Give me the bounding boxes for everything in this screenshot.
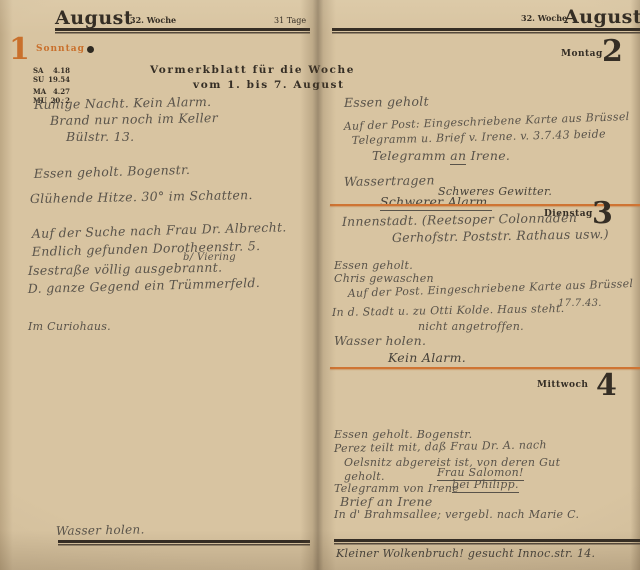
note-line-footer: Kleiner Wolkenbruch! gesucht Innoc.str. … [336, 547, 595, 560]
note-line-kein-alarm: Kein Alarm. [388, 350, 466, 365]
day-number-1: 1 [9, 36, 30, 64]
moonrise-row: MA 4.27 [33, 87, 70, 96]
telegram-pre: Telegramm [372, 148, 450, 163]
moonrise-label: MA [33, 87, 48, 96]
left-header-week: 32. Woche [130, 15, 176, 25]
moonrise-value: 4.27 [48, 87, 70, 96]
diary-spread: August 32. Woche 31 Tage 1 Sonntag SA 4.… [0, 0, 640, 570]
sunrise-value: 4.18 [48, 66, 70, 75]
new-moon-icon [87, 46, 94, 53]
page-gutter-shadow [300, 0, 336, 570]
left-footer-rule [58, 540, 310, 546]
note-line: Essen geholt [344, 94, 429, 110]
telegram-an-underlined: an [450, 148, 466, 165]
note-line-schwerer-alarm: Schwerer Alarm. [380, 194, 492, 211]
day-number-2: 2 [602, 38, 623, 66]
note-line: Brand nur noch im Keller [50, 110, 218, 128]
day-name-sonntag: Sonntag [36, 44, 85, 54]
sunset-value: 19.54 [48, 75, 70, 84]
telegram-post: Irene. [466, 148, 510, 163]
note-line: Innenstadt. (Reetsoper Colonnaden [342, 210, 577, 229]
sunrise-label: SA [33, 66, 48, 75]
right-footer-rule [334, 539, 640, 545]
note-line: In d. Stadt u. zu Otti Kolde. Haus steht… [332, 302, 565, 319]
note-line: Brief an Irene [340, 494, 433, 509]
note-line: Essen geholt. Bogenstr. [34, 162, 191, 181]
right-header-month: August [564, 6, 640, 28]
right-header-rule [332, 28, 640, 34]
right-header-week: 32. Woche [521, 13, 567, 23]
left-header-month: August [55, 7, 133, 29]
note-line: Isestraße völlig ausgebrannt. [28, 260, 223, 278]
day-name-mittwoch: Mittwoch [537, 380, 588, 390]
note-line: Wasser holen. [334, 333, 426, 348]
note-line: In d' Brahmsallee; vergebl. nach Marie C… [334, 508, 579, 521]
note-line: Wasser holen. [56, 522, 145, 538]
note-line: Chris gewaschen [334, 272, 434, 285]
note-line: Bülstr. 13. [66, 129, 134, 144]
note-line: D. ganze Gegend ein Trümmerfeld. [28, 275, 261, 296]
note-line: Wassertragen [344, 172, 435, 189]
note-line: Ruhige Nacht. Kein Alarm. [34, 94, 212, 112]
note-line: Im Curiohaus. [28, 320, 111, 333]
sunset-row: SU 19.54 [33, 75, 70, 84]
day-name-montag: Montag [561, 49, 603, 59]
tuesday-wednesday-divider [330, 367, 640, 369]
note-line: nicht angetroffen. [418, 320, 524, 333]
day-number-3: 3 [592, 200, 613, 228]
note-line: Gerhofstr. Poststr. Rathaus usw.) [392, 226, 609, 245]
left-header-rule [55, 28, 310, 34]
day-number-4: 4 [596, 372, 617, 400]
note-line-bei-philipp: bei Philipp. [452, 478, 519, 493]
sunrise-row: SA 4.18 [33, 66, 70, 75]
note-line: Essen geholt. [334, 259, 413, 272]
note-line: Glühende Hitze. 30° im Schatten. [30, 187, 253, 206]
note-line-telegramm-an-irene: Telegramm an Irene. [372, 148, 510, 163]
sunset-label: SU [33, 75, 48, 84]
note-line: Perez teilt mit, daß Frau Dr. A. nach [334, 438, 547, 455]
